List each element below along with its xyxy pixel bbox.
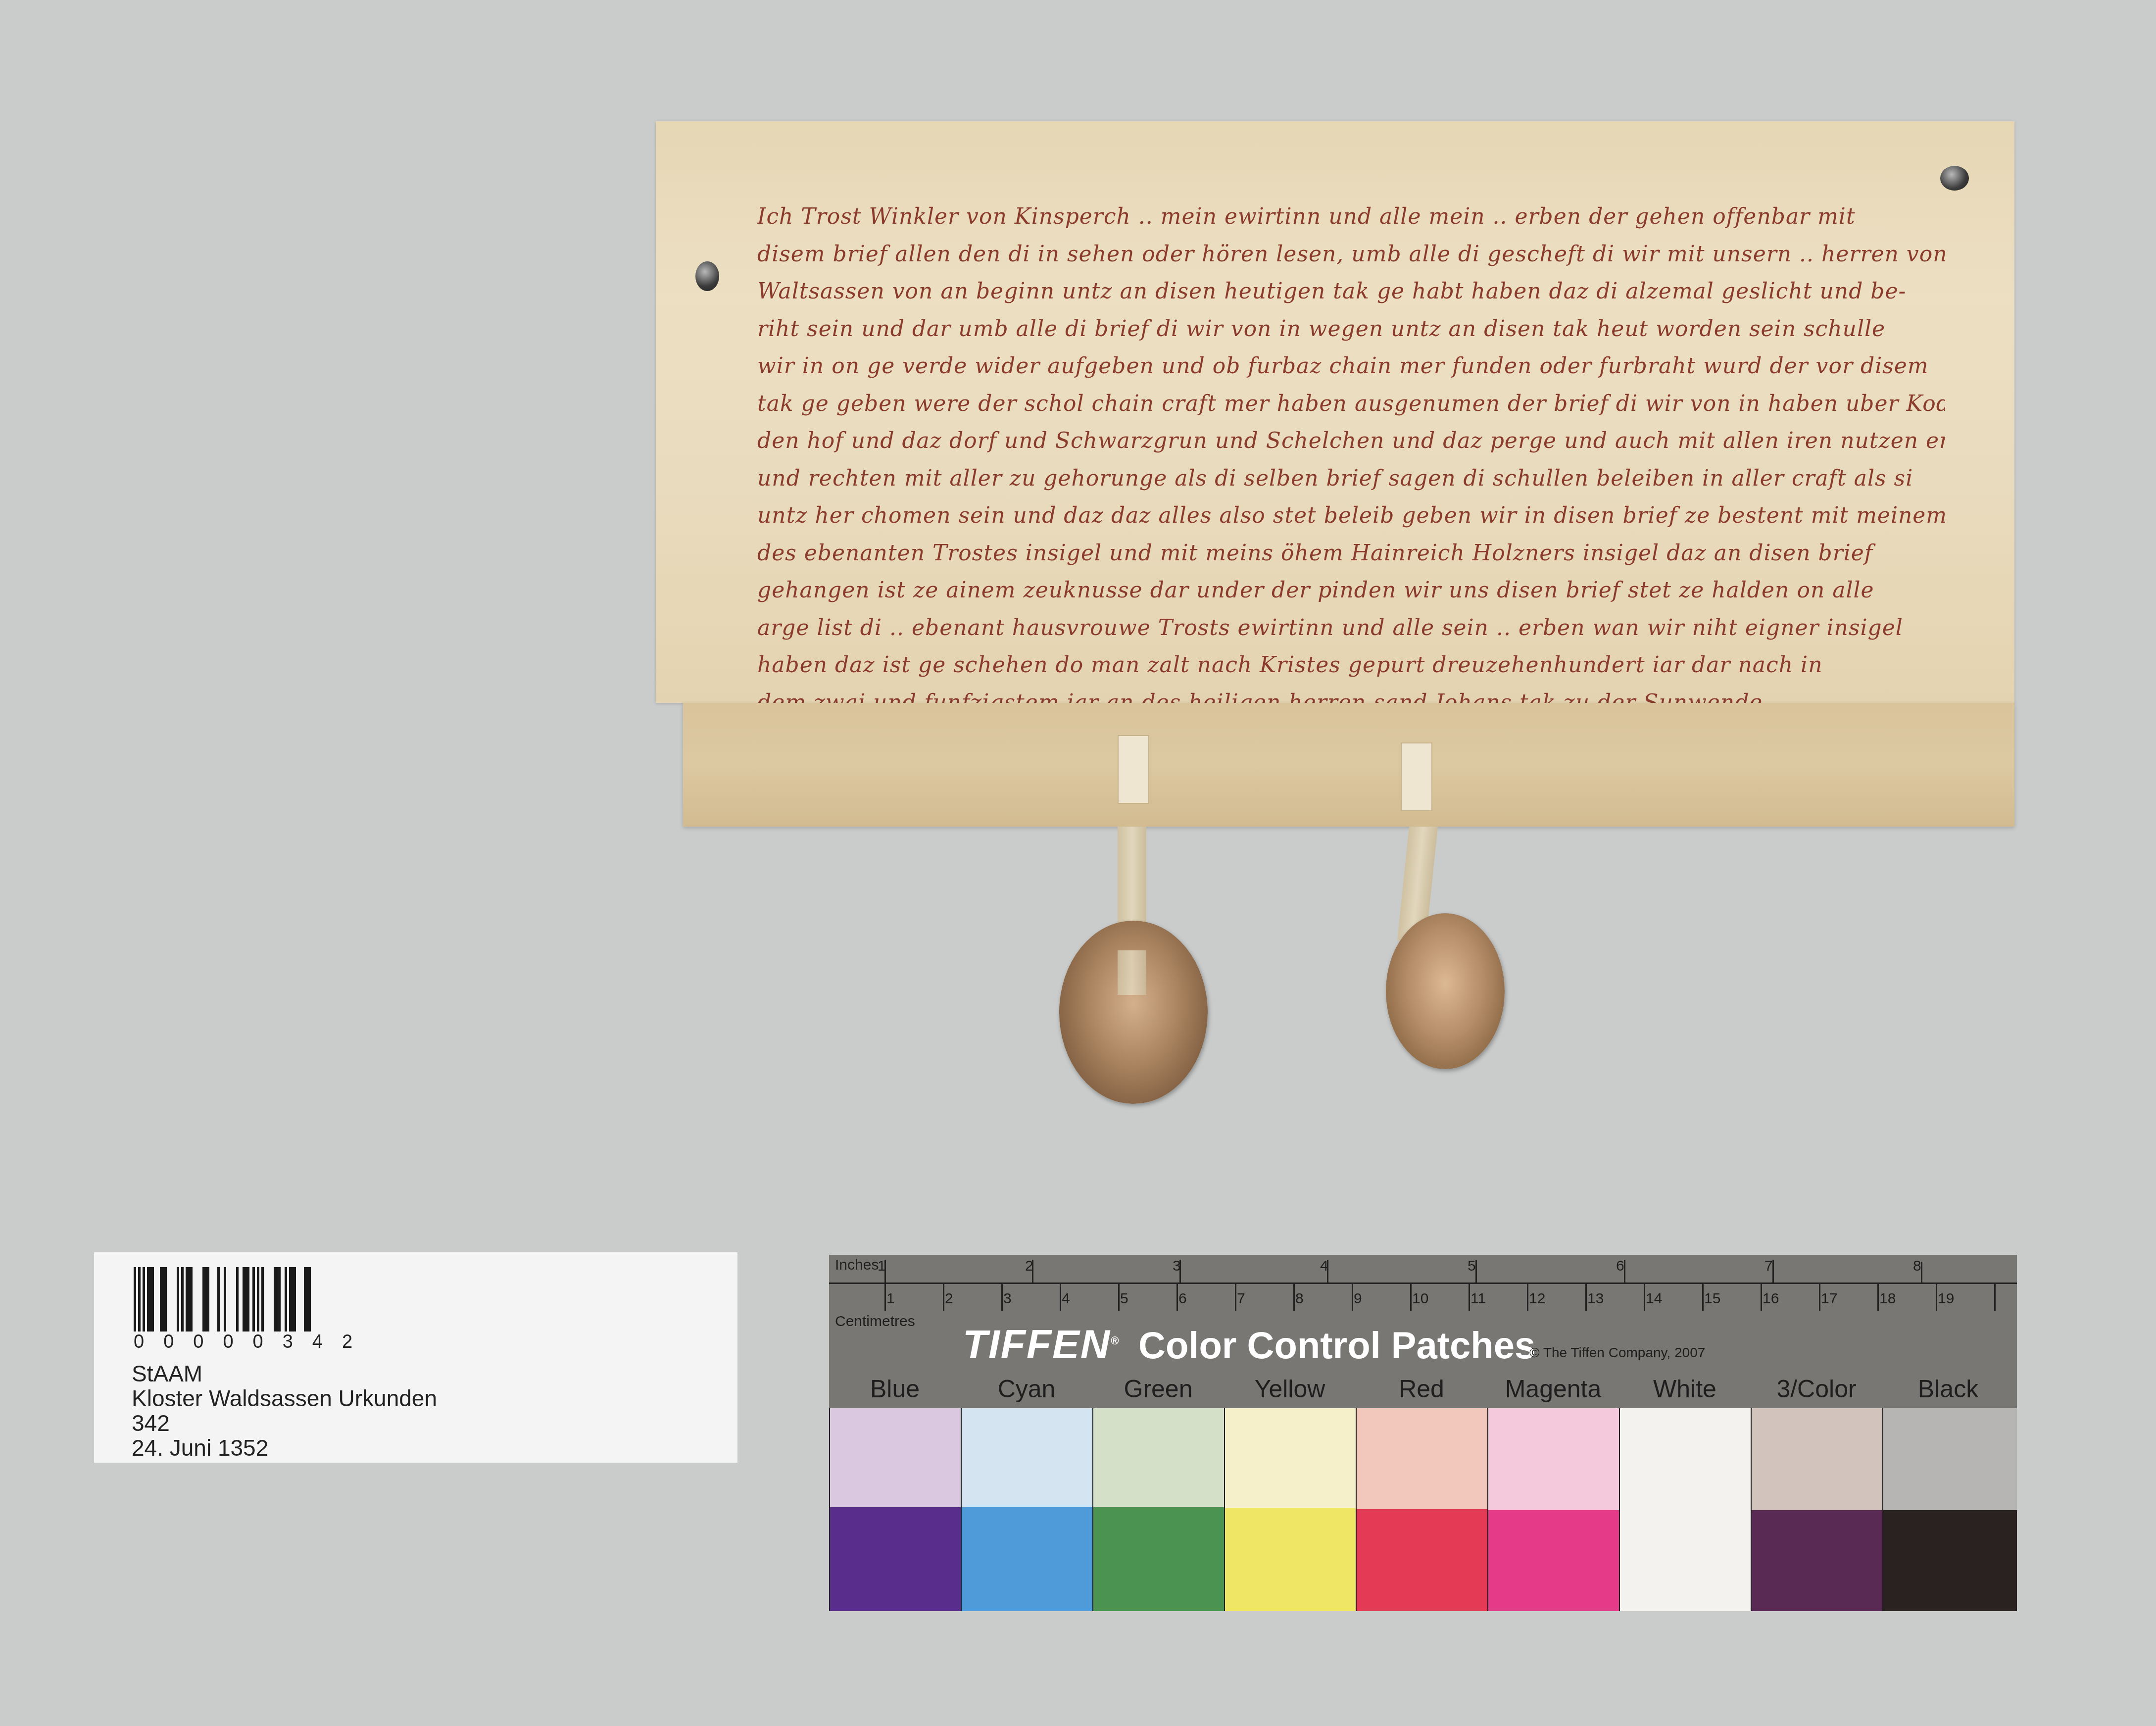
charter-text: Ich Trost Winkler von Kinsperch .. mein … [757,198,1945,721]
tiffen-color-chart: Inches Centimetres 1 2 3 4 5 6 7 8 1 2 3… [829,1255,2017,1611]
cm-tick-label: 14 [1646,1290,1662,1307]
seal-slot-right [1401,742,1432,811]
patch-blue-dark [829,1507,961,1611]
seal-slot-left [1118,735,1149,804]
cm-tick-label: 3 [1003,1290,1012,1307]
cm-tick-label: 13 [1587,1290,1604,1307]
patch-label-cyan: Cyan [961,1375,1092,1403]
cm-tick-label: 4 [1062,1290,1070,1307]
cm-tick-label: 17 [1821,1290,1837,1307]
patch-black-light [1882,1408,2017,1510]
text-line: gehangen ist ze ainem zeuknusse dar unde… [757,572,1945,609]
tiffen-logo: TIFFEN® [963,1322,1120,1368]
patch-cyan-light [961,1408,1092,1507]
barcode [134,1267,311,1331]
inch-tick-label: 8 [1913,1258,1921,1275]
text-line: arge list di .. ebenant hausvrouwe Trost… [757,609,1945,647]
cm-tick-label: 18 [1879,1290,1896,1307]
patch-magenta-dark [1487,1510,1619,1611]
patch-3color-light [1751,1408,1882,1510]
text-line: des ebenanten Trostes insigel und mit me… [757,535,1945,572]
cm-tick-label: 2 [945,1290,953,1307]
document-date: 24. Juni 1352 [132,1434,268,1461]
text-line: disem brief allen den di in sehen oder h… [757,236,1945,273]
wax-seal-left [1059,921,1208,1104]
patch-label-blue: Blue [829,1375,961,1403]
patch-cyan-dark [961,1507,1092,1611]
text-line: Ich Trost Winkler von Kinsperch .. mein … [757,198,1945,236]
patch-label-3color: 3/Color [1751,1375,1882,1403]
cm-tick-label: 19 [1938,1290,1954,1307]
brand-name: TIFFEN [963,1322,1111,1367]
patch-green-light [1092,1408,1224,1507]
cm-tick-label: 5 [1120,1290,1128,1307]
text-line: untz her chomen sein und daz daz alles a… [757,497,1945,535]
seal-strap-left-overlay [1118,950,1146,995]
patch-3color-dark [1751,1510,1882,1611]
wax-seal-right [1386,913,1505,1069]
mounting-rivet-right [1940,166,1969,191]
cm-tick-label: 11 [1470,1290,1486,1307]
inch-tick-label: 5 [1468,1258,1476,1275]
collection-name: Kloster Waldsassen Urkunden [132,1385,437,1412]
archive-name: StAAM [132,1360,202,1387]
cm-tick-label: 15 [1704,1290,1720,1307]
patch-yellow-dark [1224,1508,1356,1611]
cm-tick-label: 10 [1412,1290,1428,1307]
archive-label: 00000342 StAAM Kloster Waldsassen Urkund… [94,1252,737,1463]
patch-black-dark [1882,1510,2017,1611]
cm-tick-label: 16 [1763,1290,1779,1307]
patch-blue-light [829,1408,961,1507]
patch-label-black: Black [1882,1375,2014,1403]
ruler-divider [829,1282,2017,1284]
patch-white [1619,1408,1751,1611]
chart-title: Color Control Patches [1138,1324,1535,1367]
document-number: 342 [132,1410,170,1436]
patch-magenta-light [1487,1408,1619,1510]
inches-label: Inches [835,1257,879,1274]
text-line: haben daz ist ge schehen do man zalt nac… [757,646,1945,684]
cm-tick-label: 12 [1529,1290,1545,1307]
inch-tick-label: 6 [1616,1258,1624,1275]
color-patches [829,1408,2017,1611]
charter-fold-plica [683,703,2014,827]
patch-red-dark [1356,1509,1487,1611]
inch-tick-label: 7 [1764,1258,1773,1275]
text-line: und rechten mit aller zu gehorunge als d… [757,460,1945,497]
copyright-notice: © The Tiffen Company, 2007 [1529,1345,1705,1361]
cm-tick-label: 1 [886,1290,895,1307]
text-line: den hof und daz dorf und Schwarzgrun und… [757,422,1945,460]
text-line: riht sein und dar umb alle di brief di w… [757,310,1945,348]
mounting-rivet-left [695,261,719,291]
centimetres-label: Centimetres [835,1313,915,1330]
patch-label-magenta: Magenta [1487,1375,1619,1403]
text-line: tak ge geben were der schol chain craft … [757,385,1945,423]
patch-label-yellow: Yellow [1224,1375,1356,1403]
text-line: wir in on ge verde wider aufgeben und ob… [757,347,1945,385]
cm-tick-label: 6 [1178,1290,1187,1307]
patch-yellow-light [1224,1408,1356,1508]
patch-label-green: Green [1092,1375,1224,1403]
patch-label-white: White [1619,1375,1751,1403]
cm-tick-label: 8 [1295,1290,1304,1307]
patch-label-red: Red [1356,1375,1487,1403]
patch-red-light [1356,1408,1487,1509]
cm-tick-label: 9 [1354,1290,1362,1307]
cm-tick-label: 7 [1237,1290,1245,1307]
barcode-number: 00000342 [134,1331,372,1353]
patch-green-dark [1092,1507,1224,1611]
text-line: Waltsassen von an beginn untz an disen h… [757,273,1945,310]
registered-mark: ® [1111,1334,1120,1347]
